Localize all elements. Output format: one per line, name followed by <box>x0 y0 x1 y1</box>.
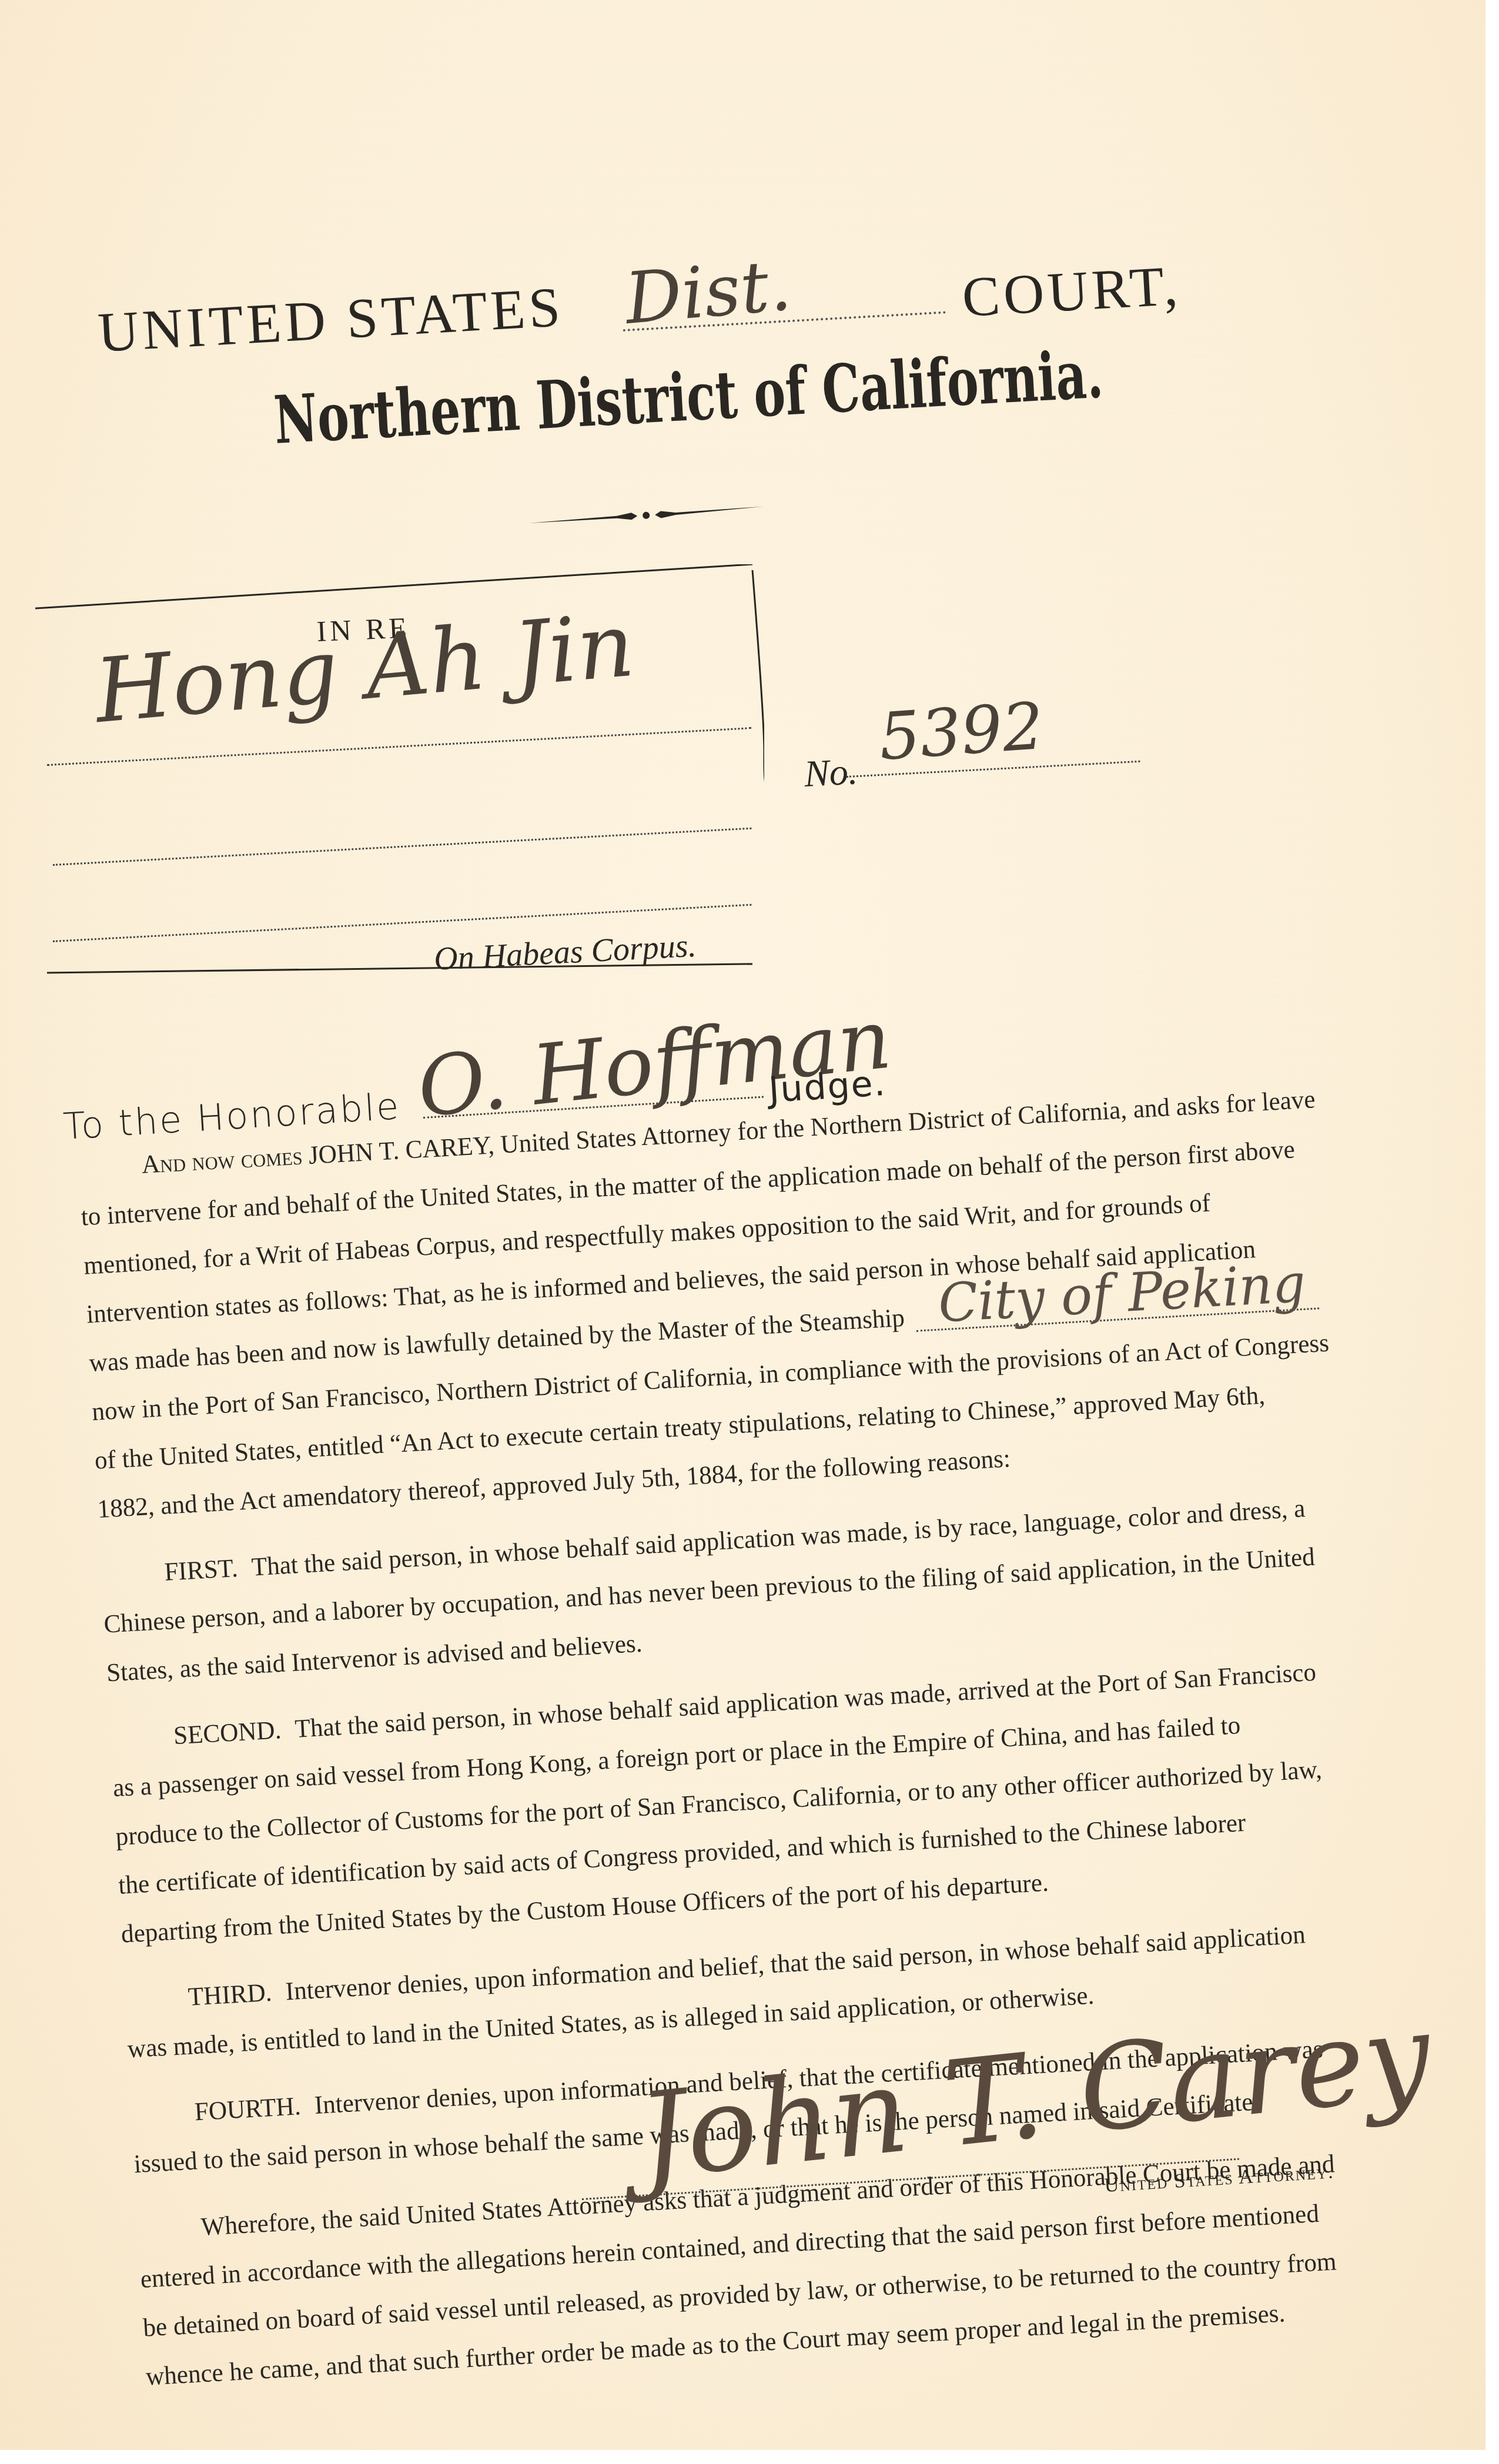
case-number-handwritten: 5392 <box>876 688 1046 775</box>
heading-prefix: UNITED STATES <box>96 274 566 365</box>
ornament-divider-icon <box>528 504 764 527</box>
third-reason-label: THIRD. <box>188 1977 273 2012</box>
court-type-handwritten: Dist. <box>622 245 795 340</box>
document-page: UNITED STATES Dist. COURT, Northern Dist… <box>0 0 1485 2450</box>
heading-suffix: COURT, <box>961 252 1183 330</box>
first-reason-label: FIRST. <box>163 1553 239 1587</box>
district-title: Northern District of California. <box>272 336 1105 459</box>
case-number-label: No. <box>803 749 858 796</box>
